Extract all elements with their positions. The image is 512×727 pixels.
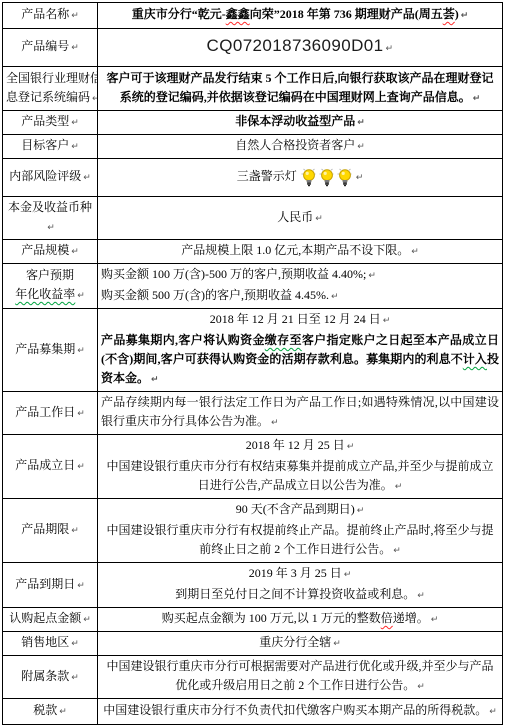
row-product-name: 产品名称 重庆市分行“乾元-鑫鑫向荣”2018 年第 736 期理财产品(周五荟…: [3, 3, 503, 29]
warning-bulb-icon: [337, 167, 353, 187]
maturity-date-text: 2019 年 3 月 25 日: [101, 564, 499, 585]
text-segment: 购买起点金额为 100 万元,以 1 万元的整数: [162, 611, 381, 625]
row-product-type: 产品类型 非保本浮动收益型产品: [3, 111, 503, 135]
label-text: 认购起点金额: [6, 609, 94, 630]
row-label: 产品名称: [3, 3, 98, 29]
term-terms: 中国建设银行重庆市分行有权提前终止产品。提前终止产品时,将至少与提前终止日之前 …: [101, 521, 499, 561]
row-label: 认购起点金额: [3, 608, 98, 632]
registration-code-text: 客户可于该理财产品发行结束 5 个工作日后,向银行获取该产品在理财登记系统的登记…: [101, 69, 499, 109]
label-text: 销售地区: [6, 633, 94, 654]
label-text: 税款: [6, 701, 94, 722]
row-label: 目标客户: [3, 135, 98, 159]
label-text: 产品期限: [6, 520, 94, 541]
sales-region-text: 重庆分行全辖: [101, 633, 499, 654]
row-target-customers: 目标客户 自然人合格投资者客户: [3, 135, 503, 159]
row-value: 购买起点金额为 100 万元,以 1 万元的整数倍递增。: [98, 608, 503, 632]
row-label: 附属条款: [3, 656, 98, 699]
product-name-text: 重庆市分行“乾元-鑫鑫向荣”2018 年第 736 期理财产品(周五荟): [101, 5, 499, 26]
label-text: 内部风险评级: [6, 167, 94, 188]
fundraising-terms: 产品募集期内,客户将认购资金缴存至客户指定账户之日起至本产品成立日(不含)期间,…: [101, 331, 499, 390]
label-text: 产品到期日: [6, 575, 94, 596]
target-customers-text: 自然人合格投资者客户: [101, 136, 499, 157]
label-text: 目标客户: [6, 136, 94, 157]
row-sales-region: 销售地区 重庆分行全辖: [3, 632, 503, 656]
label-text: 年化收益率: [6, 285, 94, 306]
row-product-scale: 产品规模 产品规模上限 1.0 亿元,本期产品不设下限。: [3, 240, 503, 264]
row-label: 产品期限: [3, 499, 98, 563]
row-label: 产品规模: [3, 240, 98, 264]
row-registration-code: 全国银行业理财信 息登记系统编码 客户可于该理财产品发行结束 5 个工作日后,向…: [3, 67, 503, 111]
label-text: 产品名称: [6, 5, 94, 26]
text-segment: 倍: [381, 611, 393, 625]
row-internal-risk-rating: 内部风险评级 三盏警示灯: [3, 159, 503, 197]
row-value: 自然人合格投资者客户: [98, 135, 503, 159]
text-segment: 递增。: [393, 611, 429, 625]
text-segment: 重庆市分行“乾元-: [132, 7, 226, 21]
label-text: 息登记系统编码: [6, 88, 94, 109]
label-text: 本金及收益币种: [6, 198, 94, 238]
row-establishment-date: 产品成立日 2018 年 12 月 25 日 中国建设银行重庆市分行有权结束募集…: [3, 435, 503, 499]
row-product-term: 产品期限 90 天(不含产品到期日) 中国建设银行重庆市分行有权提前终止产品。提…: [3, 499, 503, 563]
row-value: 2018 年 12 月 25 日 中国建设银行重庆市分行有权结束募集并提前成立产…: [98, 435, 503, 499]
row-fundraising-period: 产品募集期 2018 年 12 月 21 日至 12 月 24 日 产品募集期内…: [3, 309, 503, 392]
row-value: 人民币: [98, 197, 503, 240]
row-label: 客户预期 年化收益率: [3, 264, 98, 309]
text-segment: 鑫鑫: [226, 7, 250, 21]
row-value: 重庆市分行“乾元-鑫鑫向荣”2018 年第 736 期理财产品(周五荟): [98, 3, 503, 29]
risk-bulbs: [300, 167, 354, 187]
yield-tier-2: 购买金额 500 万(含)的客户,预期收益 4.45%.: [101, 286, 499, 307]
label-text: 产品类型: [6, 112, 94, 133]
establishment-date-text: 2018 年 12 月 25 日: [101, 436, 499, 457]
label-text: 产品成立日: [6, 456, 94, 477]
fundraising-dates: 2018 年 12 月 21 日至 12 月 24 日: [101, 310, 499, 331]
row-value: 90 天(不含产品到期日) 中国建设银行重庆市分行有权提前终止产品。提前终止产品…: [98, 499, 503, 563]
row-min-subscription: 认购起点金额 购买起点金额为 100 万元,以 1 万元的整数倍递增。: [3, 608, 503, 632]
term-days-text: 90 天(不含产品到期日): [101, 500, 499, 521]
row-value: 2018 年 12 月 21 日至 12 月 24 日 产品募集期内,客户将认购…: [98, 309, 503, 392]
row-maturity-date: 产品到期日 2019 年 3 月 25 日 到期日至兑付日之间不计算投资收益或利…: [3, 563, 503, 608]
yield-tier-1: 购买金额 100 万(含)-500 万的客户,预期收益 4.40%;: [101, 265, 499, 286]
row-label: 内部风险评级: [3, 159, 98, 197]
establishment-terms: 中国建设银行重庆市分行有权结束募集并提前成立产品,并至少与提前成立日进行公告,产…: [101, 457, 499, 497]
row-currency: 本金及收益币种 人民币: [3, 197, 503, 240]
document-page: 产品名称 重庆市分行“乾元-鑫鑫向荣”2018 年第 736 期理财产品(周五荟…: [0, 0, 512, 727]
product-code-text: CQ072018736090D01: [101, 34, 499, 61]
text-segment: 荟: [443, 7, 455, 21]
text-segment: 产品募集期内,客户将认购资金: [101, 333, 265, 347]
warning-bulb-icon: [301, 167, 317, 187]
label-text: 产品工作日: [6, 403, 94, 424]
row-product-workdays: 产品工作日 产品存续期内每一银行法定工作日为产品工作日;如遇特殊情况,以中国建设…: [3, 392, 503, 435]
row-value: 中国建设银行重庆市分行不负责代扣代缴客户购买本期产品的所得税款。: [98, 699, 503, 725]
row-expected-yield: 客户预期 年化收益率 购买金额 100 万(含)-500 万的客户,预期收益 4…: [3, 264, 503, 309]
min-subscription-text: 购买起点金额为 100 万元,以 1 万元的整数倍递增。: [101, 609, 499, 630]
supplementary-terms-text: 中国建设银行重庆市分行可根据需要对产品进行优化或升级,并至少与产品优化或升级启用…: [101, 657, 499, 697]
row-value: 购买金额 100 万(含)-500 万的客户,预期收益 4.40%; 购买金额 …: [98, 264, 503, 309]
row-label: 销售地区: [3, 632, 98, 656]
product-type-text: 非保本浮动收益型产品: [101, 112, 499, 133]
row-label: 产品工作日: [3, 392, 98, 435]
workdays-text: 产品存续期内每一银行法定工作日为产品工作日;如遇特殊情况,以中国建设银行重庆市分…: [101, 393, 499, 433]
row-tax: 税款 中国建设银行重庆市分行不负责代扣代缴客户购买本期产品的所得税款。: [3, 699, 503, 725]
row-label: 全国银行业理财信 息登记系统编码: [3, 67, 98, 111]
text-segment: 向荣”2018 年第 736 期理财产品(周五: [250, 7, 443, 21]
row-value: 客户可于该理财产品发行结束 5 个工作日后,向银行获取该产品在理财登记系统的登记…: [98, 67, 503, 111]
risk-rating-text: 三盏警示灯: [237, 169, 297, 183]
label-text: 客户预期: [6, 266, 94, 285]
product-info-table: 产品名称 重庆市分行“乾元-鑫鑫向荣”2018 年第 736 期理财产品(周五荟…: [2, 2, 503, 725]
label-text: 全国银行业理财信: [6, 69, 94, 88]
product-scale-text: 产品规模上限 1.0 亿元,本期产品不设下限。: [101, 241, 499, 262]
row-label: 产品成立日: [3, 435, 98, 499]
row-label: 产品编号: [3, 29, 98, 67]
row-supplementary-terms: 附属条款 中国建设银行重庆市分行可根据需要对产品进行优化或升级,并至少与产品优化…: [3, 656, 503, 699]
row-value: 产品存续期内每一银行法定工作日为产品工作日;如遇特殊情况,以中国建设银行重庆市分…: [98, 392, 503, 435]
row-label: 本金及收益币种: [3, 197, 98, 240]
label-text: 附属条款: [6, 667, 94, 688]
row-value: 产品规模上限 1.0 亿元,本期产品不设下限。: [98, 240, 503, 264]
row-value: 三盏警示灯: [98, 159, 503, 197]
warning-bulb-icon: [319, 167, 335, 187]
row-value: 中国建设银行重庆市分行可根据需要对产品进行优化或升级,并至少与产品优化或升级启用…: [98, 656, 503, 699]
maturity-note: 到期日至兑付日之间不计算投资收益或利息。: [101, 585, 499, 606]
tax-text: 中国建设银行重庆市分行不负责代扣代缴客户购买本期产品的所得税款。: [101, 701, 499, 722]
text-segment: 计入: [463, 352, 487, 366]
currency-text: 人民币: [101, 208, 499, 229]
row-value: 重庆分行全辖: [98, 632, 503, 656]
label-text: 产品编号: [6, 37, 94, 58]
row-label: 税款: [3, 699, 98, 725]
row-value: CQ072018736090D01: [98, 29, 503, 67]
row-label: 产品募集期: [3, 309, 98, 392]
label-text: 产品募集期: [6, 340, 94, 361]
row-value: 2019 年 3 月 25 日 到期日至兑付日之间不计算投资收益或利息。: [98, 563, 503, 608]
row-label: 产品类型: [3, 111, 98, 135]
row-label: 产品到期日: [3, 563, 98, 608]
row-value: 非保本浮动收益型产品: [98, 111, 503, 135]
text-segment: 年化收益率: [15, 287, 75, 301]
row-product-code: 产品编号 CQ072018736090D01: [3, 29, 503, 67]
text-segment: 缴存至: [265, 333, 302, 347]
label-text: 产品规模: [6, 241, 94, 262]
risk-rating-line: 三盏警示灯: [101, 167, 499, 188]
text-segment: ): [455, 7, 459, 21]
